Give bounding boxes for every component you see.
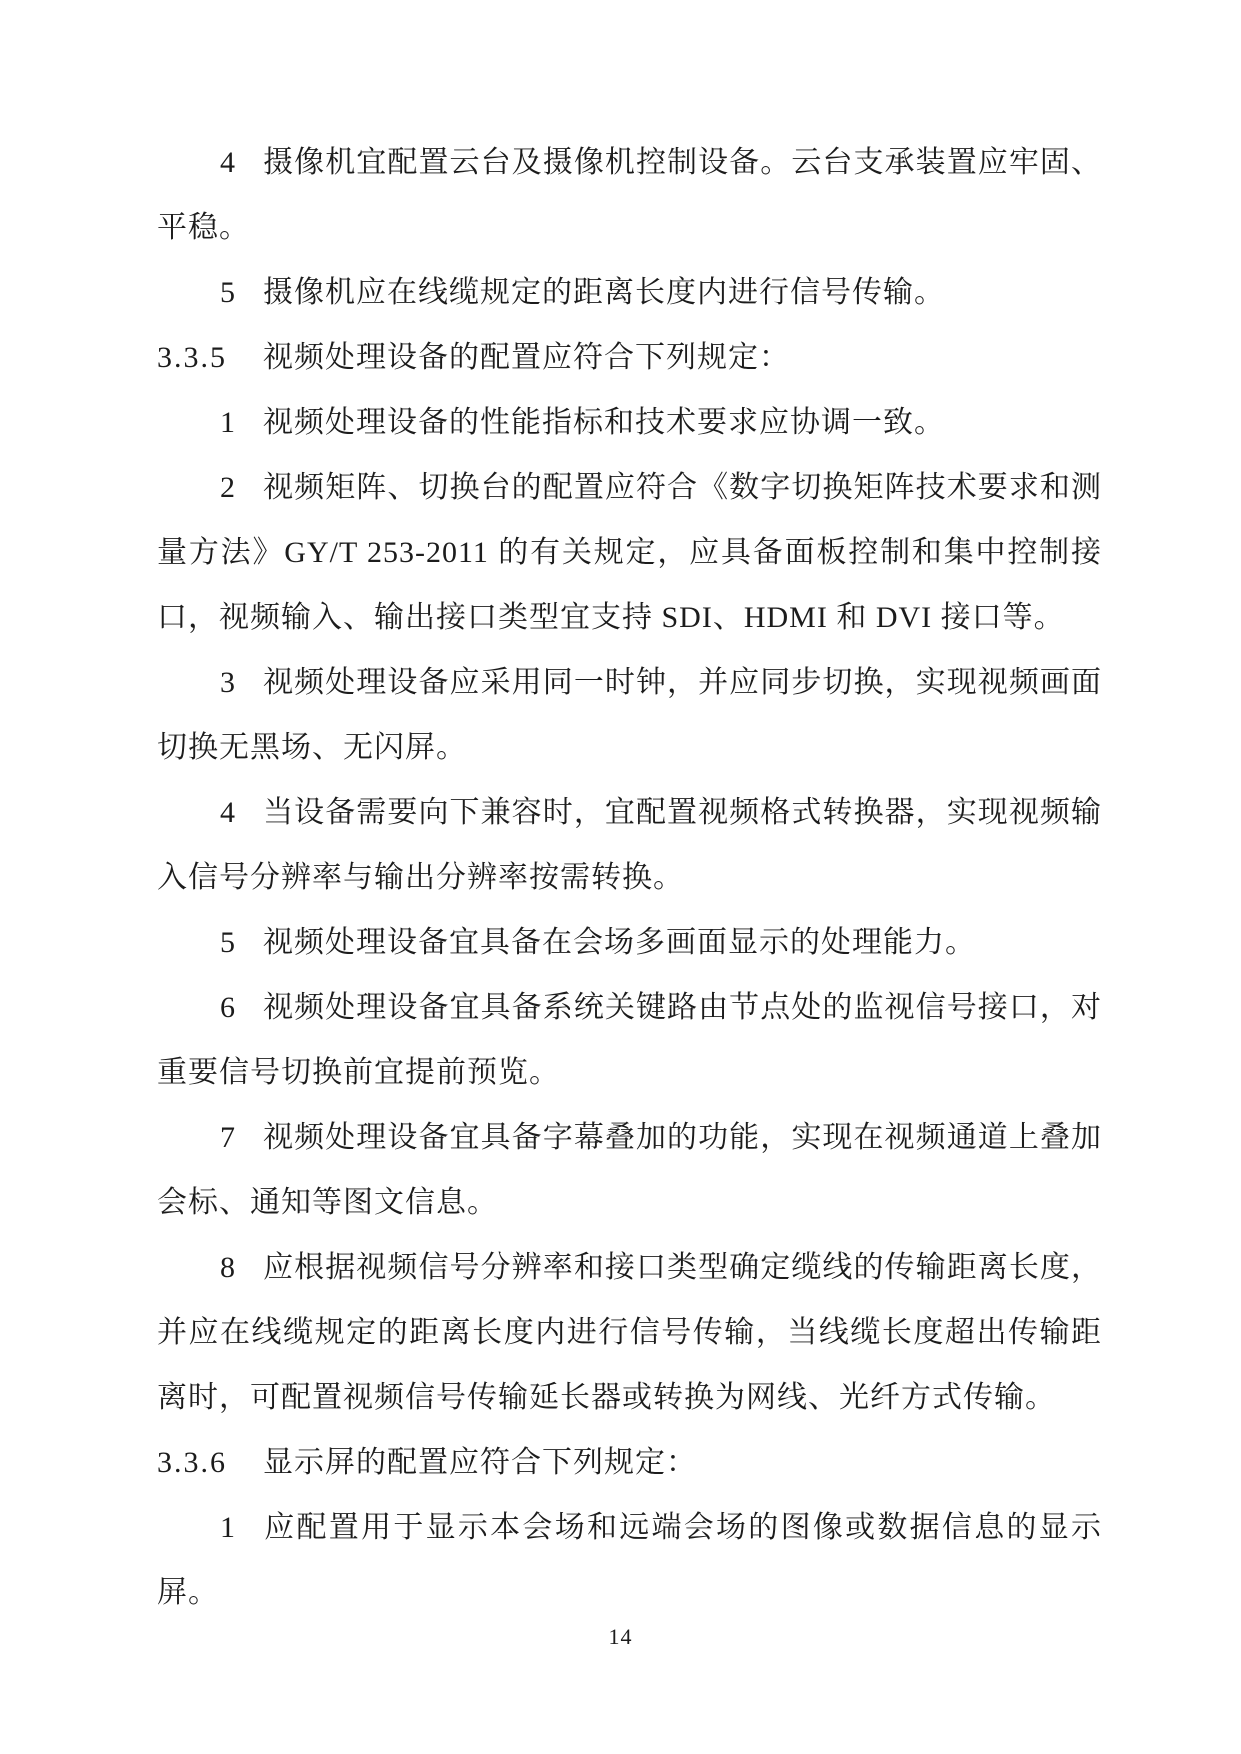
clause-item: 5摄像机应在线缆规定的距离长度内进行信号传输。	[157, 260, 1102, 325]
clause-text: 视频处理设备应采用同一时钟，并应同步切换，实现视频画面切换无黑场、无闪屏。	[157, 666, 1102, 764]
clause-item: 4当设备需要向下兼容时，宜配置视频格式转换器，实现视频输入信号分辨率与输出分辨率…	[157, 780, 1102, 910]
clause-number: 1	[220, 1495, 263, 1560]
document-body-text: 4摄像机宜配置云台及摄像机控制设备。云台支承装置应牢固、平稳。 5摄像机应在线缆…	[157, 130, 1102, 1625]
clause-text: 视频处理设备宜具备在会场多画面显示的处理能力。	[263, 926, 976, 959]
clause-text: 当设备需要向下兼容时，宜配置视频格式转换器，实现视频输入信号分辨率与输出分辨率按…	[157, 796, 1102, 894]
clause-number: 3	[220, 650, 263, 715]
clause-text: 应配置用于显示本会场和远端会场的图像或数据信息的显示屏。	[157, 1511, 1102, 1609]
section-heading: 3.3.5视频处理设备的配置应符合下列规定：	[157, 325, 1102, 390]
page-number: 14	[0, 1622, 1241, 1652]
clause-item: 6视频处理设备宜具备系统关键路由节点处的监视信号接口，对重要信号切换前宜提前预览…	[157, 975, 1102, 1105]
clause-text: 视频处理设备宜具备系统关键路由节点处的监视信号接口，对重要信号切换前宜提前预览。	[157, 991, 1102, 1089]
clause-item: 2视频矩阵、切换台的配置应符合《数字切换矩阵技术要求和测量方法》GY/T 253…	[157, 455, 1102, 650]
clause-text: 视频处理设备的性能指标和技术要求应协调一致。	[263, 406, 945, 439]
clause-item: 1视频处理设备的性能指标和技术要求应协调一致。	[157, 390, 1102, 455]
clause-number: 5	[220, 260, 263, 325]
clause-text: 显示屏的配置应符合下列规定：	[263, 1446, 697, 1479]
clause-number: 3.3.6	[157, 1430, 263, 1495]
clause-number: 7	[220, 1105, 263, 1170]
clause-number: 5	[220, 910, 263, 975]
clause-number: 4	[220, 130, 263, 195]
clause-number: 2	[220, 455, 263, 520]
clause-text: 应根据视频信号分辨率和接口类型确定缆线的传输距离长度，并应在线缆规定的距离长度内…	[157, 1251, 1102, 1414]
clause-text: 视频处理设备宜具备字幕叠加的功能，实现在视频通道上叠加会标、通知等图文信息。	[157, 1121, 1102, 1219]
clause-item: 3视频处理设备应采用同一时钟，并应同步切换，实现视频画面切换无黑场、无闪屏。	[157, 650, 1102, 780]
clause-text: 视频矩阵、切换台的配置应符合《数字切换矩阵技术要求和测量方法》GY/T 253-…	[157, 471, 1102, 634]
clause-item: 8应根据视频信号分辨率和接口类型确定缆线的传输距离长度，并应在线缆规定的距离长度…	[157, 1235, 1102, 1430]
document-page: 4摄像机宜配置云台及摄像机控制设备。云台支承装置应牢固、平稳。 5摄像机应在线缆…	[0, 0, 1241, 1754]
section-heading: 3.3.6显示屏的配置应符合下列规定：	[157, 1430, 1102, 1495]
clause-number: 1	[220, 390, 263, 455]
clause-number: 6	[220, 975, 263, 1040]
clause-text: 摄像机宜配置云台及摄像机控制设备。云台支承装置应牢固、平稳。	[157, 146, 1102, 244]
clause-text: 摄像机应在线缆规定的距离长度内进行信号传输。	[263, 276, 945, 309]
clause-number: 8	[220, 1235, 263, 1300]
clause-item: 7视频处理设备宜具备字幕叠加的功能，实现在视频通道上叠加会标、通知等图文信息。	[157, 1105, 1102, 1235]
clause-item: 1应配置用于显示本会场和远端会场的图像或数据信息的显示屏。	[157, 1495, 1102, 1625]
clause-text: 视频处理设备的配置应符合下列规定：	[263, 341, 790, 374]
clause-item: 5视频处理设备宜具备在会场多画面显示的处理能力。	[157, 910, 1102, 975]
clause-number: 4	[220, 780, 263, 845]
clause-number: 3.3.5	[157, 325, 263, 390]
clause-item: 4摄像机宜配置云台及摄像机控制设备。云台支承装置应牢固、平稳。	[157, 130, 1102, 260]
